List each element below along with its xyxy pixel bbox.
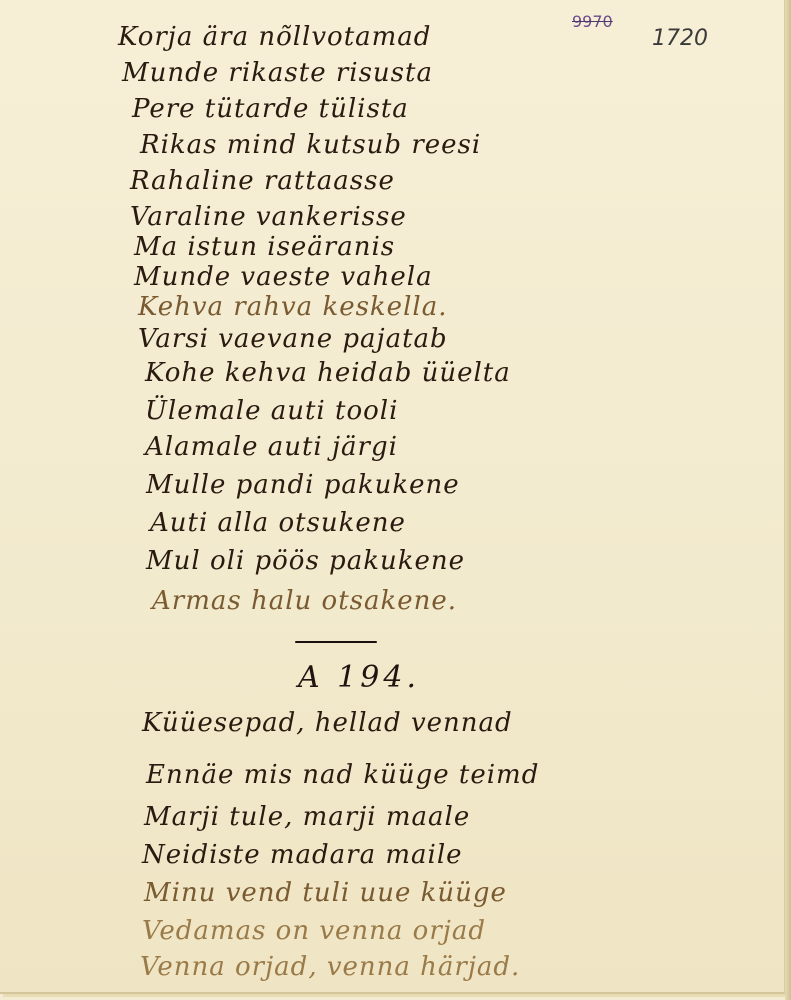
- poem-line: Kohe kehva heidab üüelta: [145, 358, 511, 388]
- poem-line: Auti alla otsukene: [150, 508, 406, 538]
- poem-line: Alamale auti järgi: [145, 432, 398, 462]
- page-edge: [785, 0, 791, 1000]
- poem-line: Venna orjad, venna härjad.: [140, 952, 520, 982]
- section-number: A 194.: [298, 660, 420, 695]
- poem-line: Pere tütarde tülista: [132, 94, 409, 124]
- poem-line: Rahaline rattaasse: [130, 166, 395, 196]
- poem-line: Ennäe mis nad küüge teimd: [146, 760, 539, 790]
- poem-line: Mul oli pöös pakukene: [146, 546, 465, 576]
- poem-line: Vedamas on venna orjad: [142, 916, 486, 946]
- poem-line: Ma istun iseäranis: [134, 232, 395, 262]
- poem-line: Korja ära nõllvotamad: [118, 22, 431, 52]
- poem-line: Neidiste madara maile: [142, 840, 463, 870]
- poem-line: Minu vend tuli uue küüge: [144, 878, 507, 908]
- poem-line: Munde rikaste risusta: [122, 58, 433, 88]
- poem-line: Munde vaeste vahela: [134, 262, 433, 292]
- poem-line: Armas halu otsakene.: [152, 586, 457, 616]
- poem-line: Varaline vankerisse: [130, 202, 407, 232]
- archive-number-struck: 9970: [572, 12, 613, 31]
- poem-line: Küüesepad, hellad vennad: [142, 708, 513, 738]
- poem-line: Kehva rahva keskella.: [138, 292, 447, 322]
- poem-line: Varsi vaevane pajatab: [138, 324, 448, 354]
- poem-line: Marji tule, marji maale: [144, 802, 470, 832]
- poem-line: Ülemale auti tooli: [145, 396, 398, 426]
- archive-number: 1720: [652, 26, 708, 51]
- section-divider: [295, 641, 377, 643]
- poem-line: Mulle pandi pakukene: [146, 470, 460, 500]
- poem-line: Rikas mind kutsub reesi: [140, 130, 481, 160]
